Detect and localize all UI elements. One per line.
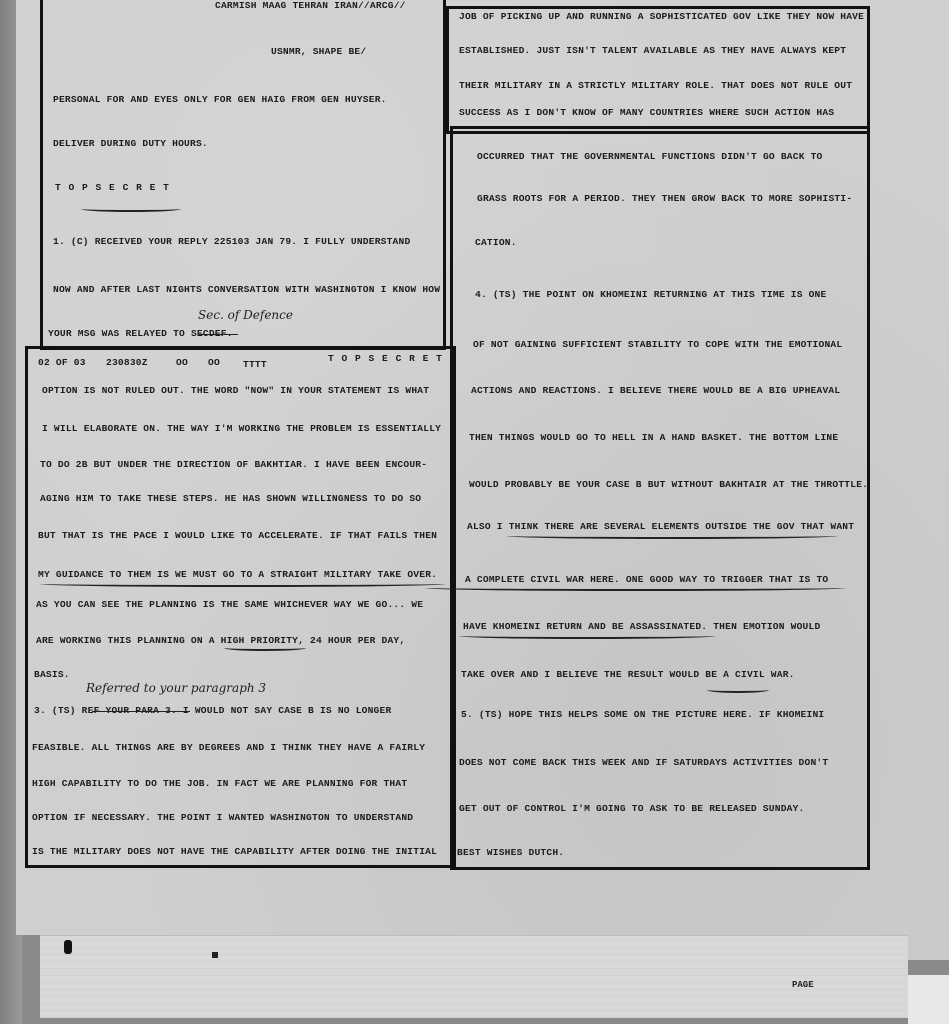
body-line: DOES NOT COME BACK THIS WEEK AND IF SATU… xyxy=(459,757,828,768)
body-line: HAVE KHOMEINI RETURN AND BE ASSASSINATED… xyxy=(463,621,820,632)
classification-marking: T O P S E C R E T xyxy=(55,182,170,193)
handwritten-underline xyxy=(507,533,837,539)
body-line: 4. (TS) THE POINT ON KHOMEINI RETURNING … xyxy=(475,289,826,300)
body-line: BASIS. xyxy=(34,669,70,680)
body-line: TAKE OVER AND I BELIEVE THE RESULT WOULD… xyxy=(461,669,795,680)
body-line: OPTION IF NECESSARY. THE POINT I WANTED … xyxy=(32,812,413,823)
message-section-bottom-right: OCCURRED THAT THE GOVERNMENTAL FUNCTIONS… xyxy=(450,126,870,870)
body-line: BUT THAT IS THE PACE I WOULD LIKE TO ACC… xyxy=(38,530,437,541)
scanner-corner xyxy=(908,975,949,1024)
classification-marking: T O P S E C R E T xyxy=(328,353,443,364)
body-line: GET OUT OF CONTROL I'M GOING TO ASK TO B… xyxy=(459,803,805,814)
strikethrough xyxy=(198,334,238,335)
body-line: ALSO I THINK THERE ARE SEVERAL ELEMENTS … xyxy=(467,521,854,532)
body-line: THEIR MILITARY IN A STRICTLY MILITARY RO… xyxy=(459,80,852,91)
body-line: MY GUIDANCE TO THEM IS WE MUST GO TO A S… xyxy=(38,569,437,580)
body-line: 1. (C) RECEIVED YOUR REPLY 225103 JAN 79… xyxy=(53,236,410,247)
body-line: A COMPLETE CIVIL WAR HERE. ONE GOOD WAY … xyxy=(465,574,828,585)
message-code: TTTT xyxy=(243,359,267,370)
body-line: OPTION IS NOT RULED OUT. THE WORD "NOW" … xyxy=(42,385,429,396)
body-line: I WILL ELABORATE ON. THE WAY I'M WORKING… xyxy=(42,423,441,434)
body-line: AGING HIM TO TAKE THESE STEPS. HE HAS SH… xyxy=(40,493,421,504)
body-line: FEASIBLE. ALL THINGS ARE BY DEGREES AND … xyxy=(32,742,425,753)
ink-dot xyxy=(212,952,218,958)
page-number: 02 OF 03 xyxy=(38,357,86,368)
body-line: 3. (TS) REF YOUR PARA 3. I WOULD NOT SAY… xyxy=(34,705,391,716)
under-sheet-mark: PAGE xyxy=(792,980,814,990)
routing-line: CARMISH MAAG TEHRAN IRAN//ARCG// xyxy=(215,0,406,11)
body-line: ESTABLISHED. JUST ISN'T TALENT AVAILABLE… xyxy=(459,45,846,56)
body-line: NOW AND AFTER LAST NIGHTS CONVERSATION W… xyxy=(53,284,440,295)
handwritten-underline xyxy=(40,581,445,587)
body-line: IS THE MILITARY DOES NOT HAVE THE CAPABI… xyxy=(32,846,437,857)
body-line: HIGH CAPABILITY TO DO THE JOB. IN FACT W… xyxy=(32,778,407,789)
handwritten-underline xyxy=(459,633,715,639)
body-line: ACTIONS AND REACTIONS. I BELIEVE THERE W… xyxy=(471,385,840,396)
delivery-instruction: DELIVER DURING DUTY HOURS. xyxy=(53,138,208,149)
handwritten-annotation: Sec. of Defence xyxy=(198,308,293,322)
body-line: TO DO 2B BUT UNDER THE DIRECTION OF BAKH… xyxy=(40,459,427,470)
body-line: SUCCESS AS I DON'T KNOW OF MANY COUNTRIE… xyxy=(459,107,834,118)
message-section-bottom-left: 02 OF 03 230830Z OO OO TTTT T O P S E C … xyxy=(25,346,456,868)
handwritten-underline xyxy=(425,585,845,591)
underlying-sheet: PAGE xyxy=(40,935,908,1018)
body-line: THEN THINGS WOULD GO TO HELL IN A HAND B… xyxy=(469,432,838,443)
body-line: ARE WORKING THIS PLANNING ON A HIGH PRIO… xyxy=(36,635,405,646)
message-section-top-left: CARMISH MAAG TEHRAN IRAN//ARCG// USNMR, … xyxy=(40,0,446,350)
body-line: OCCURRED THAT THE GOVERNMENTAL FUNCTIONS… xyxy=(477,151,823,162)
body-line: CATION. xyxy=(475,237,517,248)
routing-line: USNMR, SHAPE BE/ xyxy=(271,46,366,57)
ink-blot xyxy=(64,940,72,954)
body-line: 5. (TS) HOPE THIS HELPS SOME ON THE PICT… xyxy=(461,709,824,720)
handwritten-underline xyxy=(707,687,769,693)
handwritten-underline xyxy=(224,645,306,651)
document-page: CARMISH MAAG TEHRAN IRAN//ARCG// USNMR, … xyxy=(16,0,949,935)
body-line: OF NOT GAINING SUFFICIENT STABILITY TO C… xyxy=(473,339,842,350)
date-time-group: 230830Z xyxy=(106,357,148,368)
message-section-top-right: JOB OF PICKING UP AND RUNNING A SOPHISTI… xyxy=(446,6,870,134)
handwritten-arrow xyxy=(81,206,181,212)
signature-line: BEST WISHES DUTCH. xyxy=(457,847,564,858)
body-line: JOB OF PICKING UP AND RUNNING A SOPHISTI… xyxy=(459,11,864,22)
body-line: GRASS ROOTS FOR A PERIOD. THEY THEN GROW… xyxy=(477,193,852,204)
body-line: AS YOU CAN SEE THE PLANNING IS THE SAME … xyxy=(36,599,423,610)
strikethrough xyxy=(92,711,190,712)
body-line: WOULD PROBABLY BE YOUR CASE B BUT WITHOU… xyxy=(469,479,868,490)
precedence-code: OO xyxy=(208,357,220,368)
precedence-code: OO xyxy=(176,357,188,368)
handwritten-annotation: Referred to your paragraph 3 xyxy=(86,681,266,695)
addressee-line: PERSONAL FOR AND EYES ONLY FOR GEN HAIG … xyxy=(53,94,387,105)
